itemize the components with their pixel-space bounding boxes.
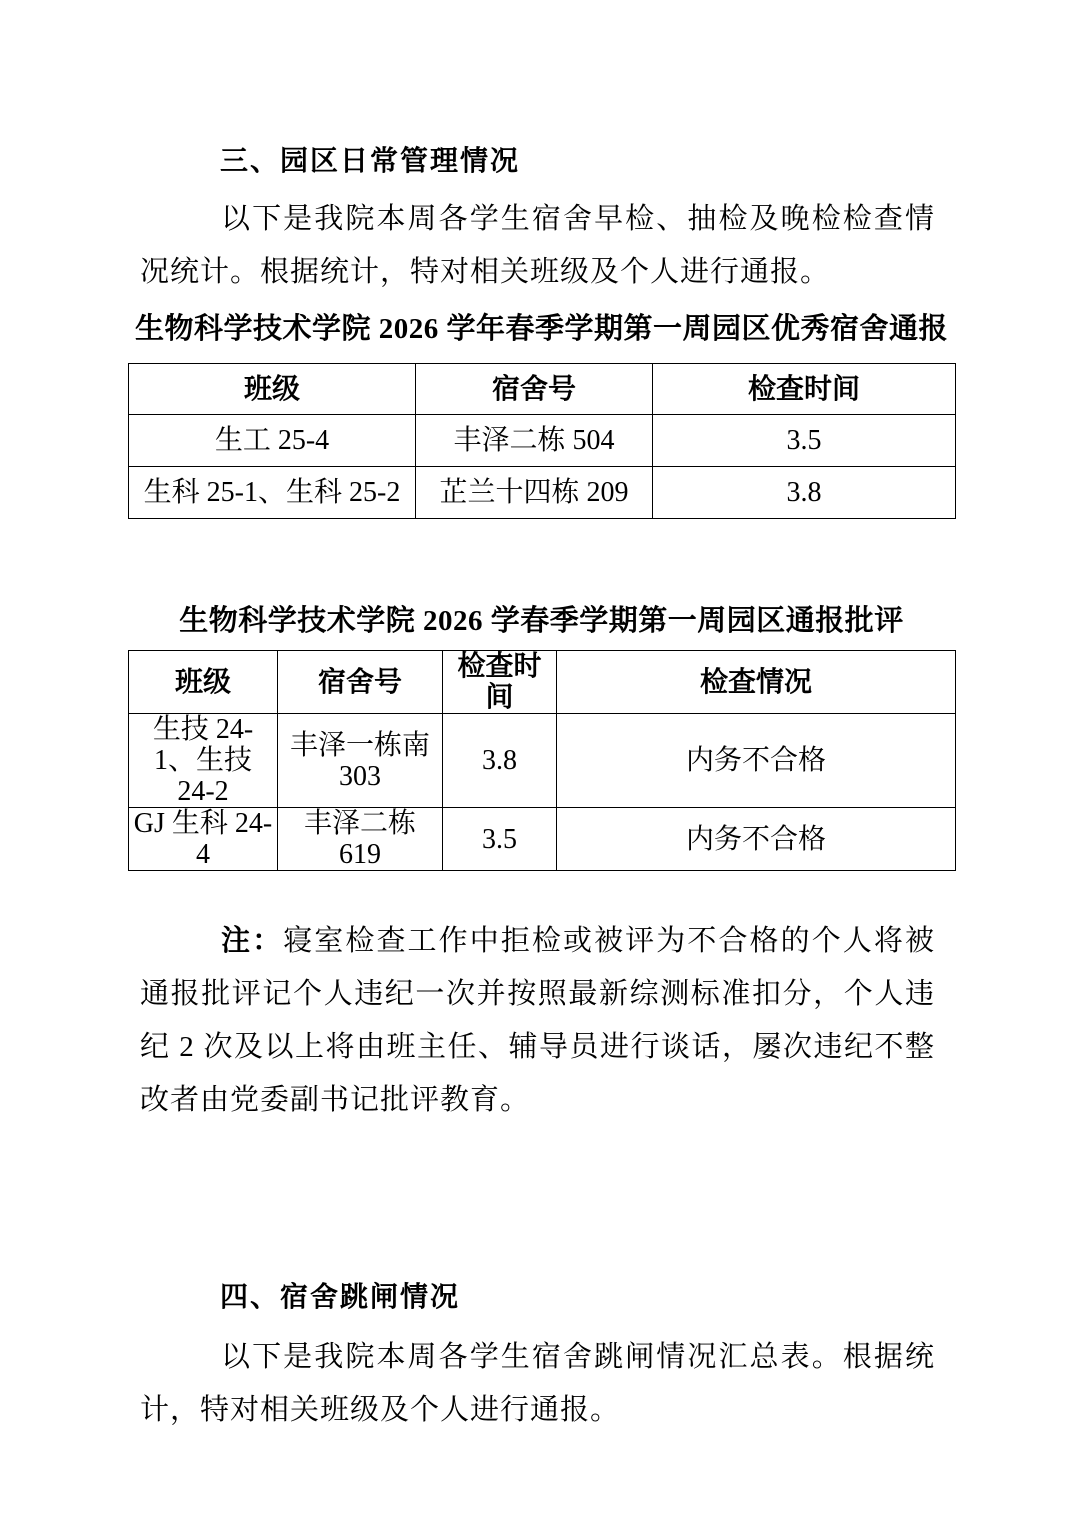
table2-r0-time: 3.8 <box>443 714 557 808</box>
table1-r1-time: 3.8 <box>653 467 956 519</box>
table1-r1-class: 生科 25-1、生科 25-2 <box>129 467 416 519</box>
table2-r0-class: 生技 24-1、生技 24-2 <box>129 714 278 808</box>
table-row: 生技 24-1、生技 24-2 丰泽一栋南 303 3.8 内务不合格 <box>129 714 956 808</box>
table-row: 生科 25-1、生科 25-2 芷兰十四栋 209 3.8 <box>129 467 956 519</box>
note-paragraph: 注：寝室检查工作中拒检或被评为不合格的个人将被通报批评记个人违纪一次并按照最新综… <box>140 915 935 1127</box>
table-row: GJ 生科 24-4 丰泽二栋 619 3.5 内务不合格 <box>129 808 956 871</box>
table-row: 生工 25-4 丰泽二栋 504 3.5 <box>129 415 956 467</box>
table1-header-dorm: 宿舍号 <box>416 364 653 415</box>
criticism-table-title: 生物科学技术学院 2026 学春季学期第一周园区通报批评 <box>128 603 955 640</box>
table1-header-row: 班级 宿舍号 检查时间 <box>129 364 956 415</box>
section3-heading: 三、园区日常管理情况 <box>128 143 955 179</box>
table2-r1-status: 内务不合格 <box>557 808 956 871</box>
criticism-table: 班级 宿舍号 检查时间 检查情况 生技 24-1、生技 24-2 丰泽一栋南 3… <box>128 650 956 871</box>
excellent-dorm-table: 班级 宿舍号 检查时间 生工 25-4 丰泽二栋 504 3.5 生科 25-1… <box>128 363 956 519</box>
excellent-dorm-table-title: 生物科学技术学院 2026 学年春季学期第一周园区优秀宿舍通报 <box>128 311 955 348</box>
table2-r1-time: 3.5 <box>443 808 557 871</box>
document-page: 三、园区日常管理情况 以下是我院本周各学生宿舍早检、抽检及晚检检查情况统计。根据… <box>0 0 1074 1520</box>
table2-r1-dorm: 丰泽二栋 619 <box>278 808 443 871</box>
section4-paragraph: 以下是我院本周各学生宿舍跳闸情况汇总表。根据统计，特对相关班级及个人进行通报。 <box>140 1331 935 1437</box>
table2-r1-class: GJ 生科 24-4 <box>129 808 278 871</box>
table1-r0-dorm: 丰泽二栋 504 <box>416 415 653 467</box>
table1-r0-class: 生工 25-4 <box>129 415 416 467</box>
table2-header-time: 检查时间 <box>443 651 557 714</box>
table1-header-time: 检查时间 <box>653 364 956 415</box>
table1-r0-time: 3.5 <box>653 415 956 467</box>
section4-body: 以下是我院本周各学生宿舍跳闸情况汇总表。根据统计，特对相关班级及个人进行通报。 <box>140 1331 935 1437</box>
section3-body: 以下是我院本周各学生宿舍早检、抽检及晚检检查情况统计。根据统计，特对相关班级及个… <box>140 193 935 299</box>
table2-r0-dorm: 丰泽一栋南 303 <box>278 714 443 808</box>
table2-header-class: 班级 <box>129 651 278 714</box>
note-block: 注：寝室检查工作中拒检或被评为不合格的个人将被通报批评记个人违纪一次并按照最新综… <box>140 915 935 1127</box>
table2-header-status: 检查情况 <box>557 651 956 714</box>
table2-header-row: 班级 宿舍号 检查时间 检查情况 <box>129 651 956 714</box>
table2-r0-status: 内务不合格 <box>557 714 956 808</box>
table2-header-dorm: 宿舍号 <box>278 651 443 714</box>
section4-heading: 四、宿舍跳闸情况 <box>128 1279 955 1315</box>
section3-paragraph: 以下是我院本周各学生宿舍早检、抽检及晚检检查情况统计。根据统计，特对相关班级及个… <box>140 193 935 299</box>
table1-header-class: 班级 <box>129 364 416 415</box>
note-label: 注： <box>221 925 283 957</box>
table1-r1-dorm: 芷兰十四栋 209 <box>416 467 653 519</box>
